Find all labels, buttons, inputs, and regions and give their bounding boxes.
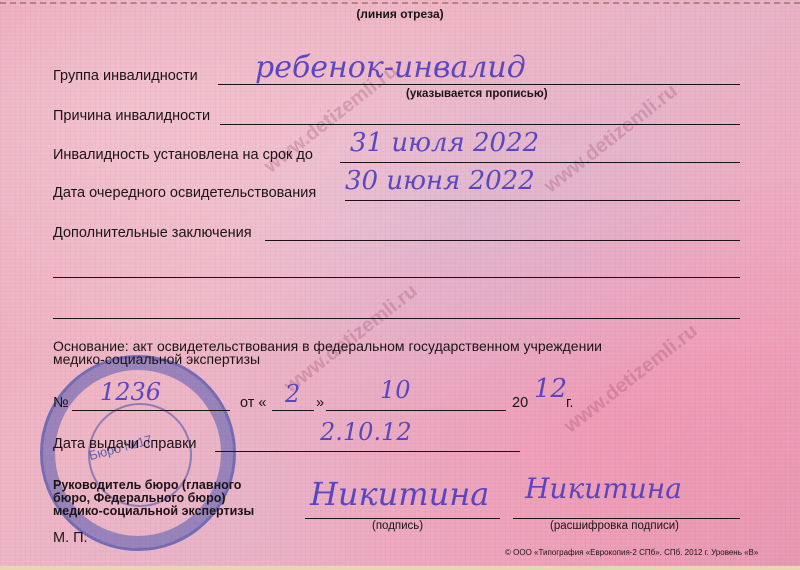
signature-line (305, 518, 500, 519)
term-until-line (340, 162, 740, 163)
decoding-hint: (расшифровка подписи) (550, 520, 679, 532)
act-number-label: № (53, 395, 69, 411)
signature-hint: (подпись) (372, 520, 423, 532)
head-label-line3: медико-социальной экспертизы (53, 504, 254, 518)
seal-place-label: М. П. (53, 530, 88, 546)
issue-date-value[interactable]: 2.10.12 (320, 418, 412, 446)
act-date-from-label: от « (240, 395, 266, 411)
term-until-label: Инвалидность установлена на срок до (53, 147, 313, 163)
act-year-value[interactable]: 12 (534, 374, 567, 404)
term-until-value[interactable]: 31 июля 2022 (350, 128, 539, 158)
watermark: www.detizemli.ru (540, 80, 682, 198)
additional-conclusions-line (265, 240, 740, 241)
disability-cause-line (220, 124, 740, 125)
disability-group-hint: (указывается прописью) (406, 88, 548, 100)
next-exam-line (345, 200, 740, 201)
next-exam-label: Дата очередного освидетельствования (53, 185, 316, 201)
additional-conclusions-label: Дополнительные заключения (53, 225, 252, 241)
issue-date-label: Дата выдачи справки (53, 436, 197, 452)
act-year-suffix: г. (566, 395, 574, 411)
act-number-line (72, 410, 230, 411)
next-exam-value[interactable]: 30 июня 2022 (345, 166, 535, 196)
disability-certificate: (линия отреза) www.detizemli.ru www.deti… (0, 0, 800, 570)
act-number-value[interactable]: 1236 (100, 378, 161, 406)
disability-group-label: Группа инвалидности (53, 68, 198, 84)
head-label-line2: бюро, Федерального бюро) (53, 491, 226, 505)
act-day-line (272, 410, 314, 411)
act-day-value[interactable]: 2 (285, 380, 300, 408)
cut-line (0, 2, 800, 4)
head-label-line1: Руководитель бюро (главного (53, 478, 241, 492)
decoding-value[interactable]: Никитина (525, 472, 682, 505)
additional-conclusions-line-3 (53, 318, 740, 319)
signature-value[interactable]: Никитина (310, 475, 489, 513)
act-month-line (326, 410, 506, 411)
disability-cause-label: Причина инвалидности (53, 108, 210, 124)
act-day-close: » (316, 395, 324, 411)
act-month-value[interactable]: 10 (380, 376, 411, 404)
printer-copyright: © ООО «Типография «Еврокопия-2 СПб». СПб… (505, 548, 758, 557)
disability-group-value[interactable]: ребенок-инвалид (255, 50, 526, 85)
issue-date-line (215, 451, 520, 452)
basis-text-line2: медико-социальной экспертизы (53, 351, 260, 367)
paper-edge (0, 566, 800, 570)
act-year-prefix: 20 (512, 395, 528, 411)
cut-line-label: (линия отреза) (0, 7, 800, 21)
decoding-line (513, 518, 740, 519)
additional-conclusions-line-2 (53, 277, 740, 278)
